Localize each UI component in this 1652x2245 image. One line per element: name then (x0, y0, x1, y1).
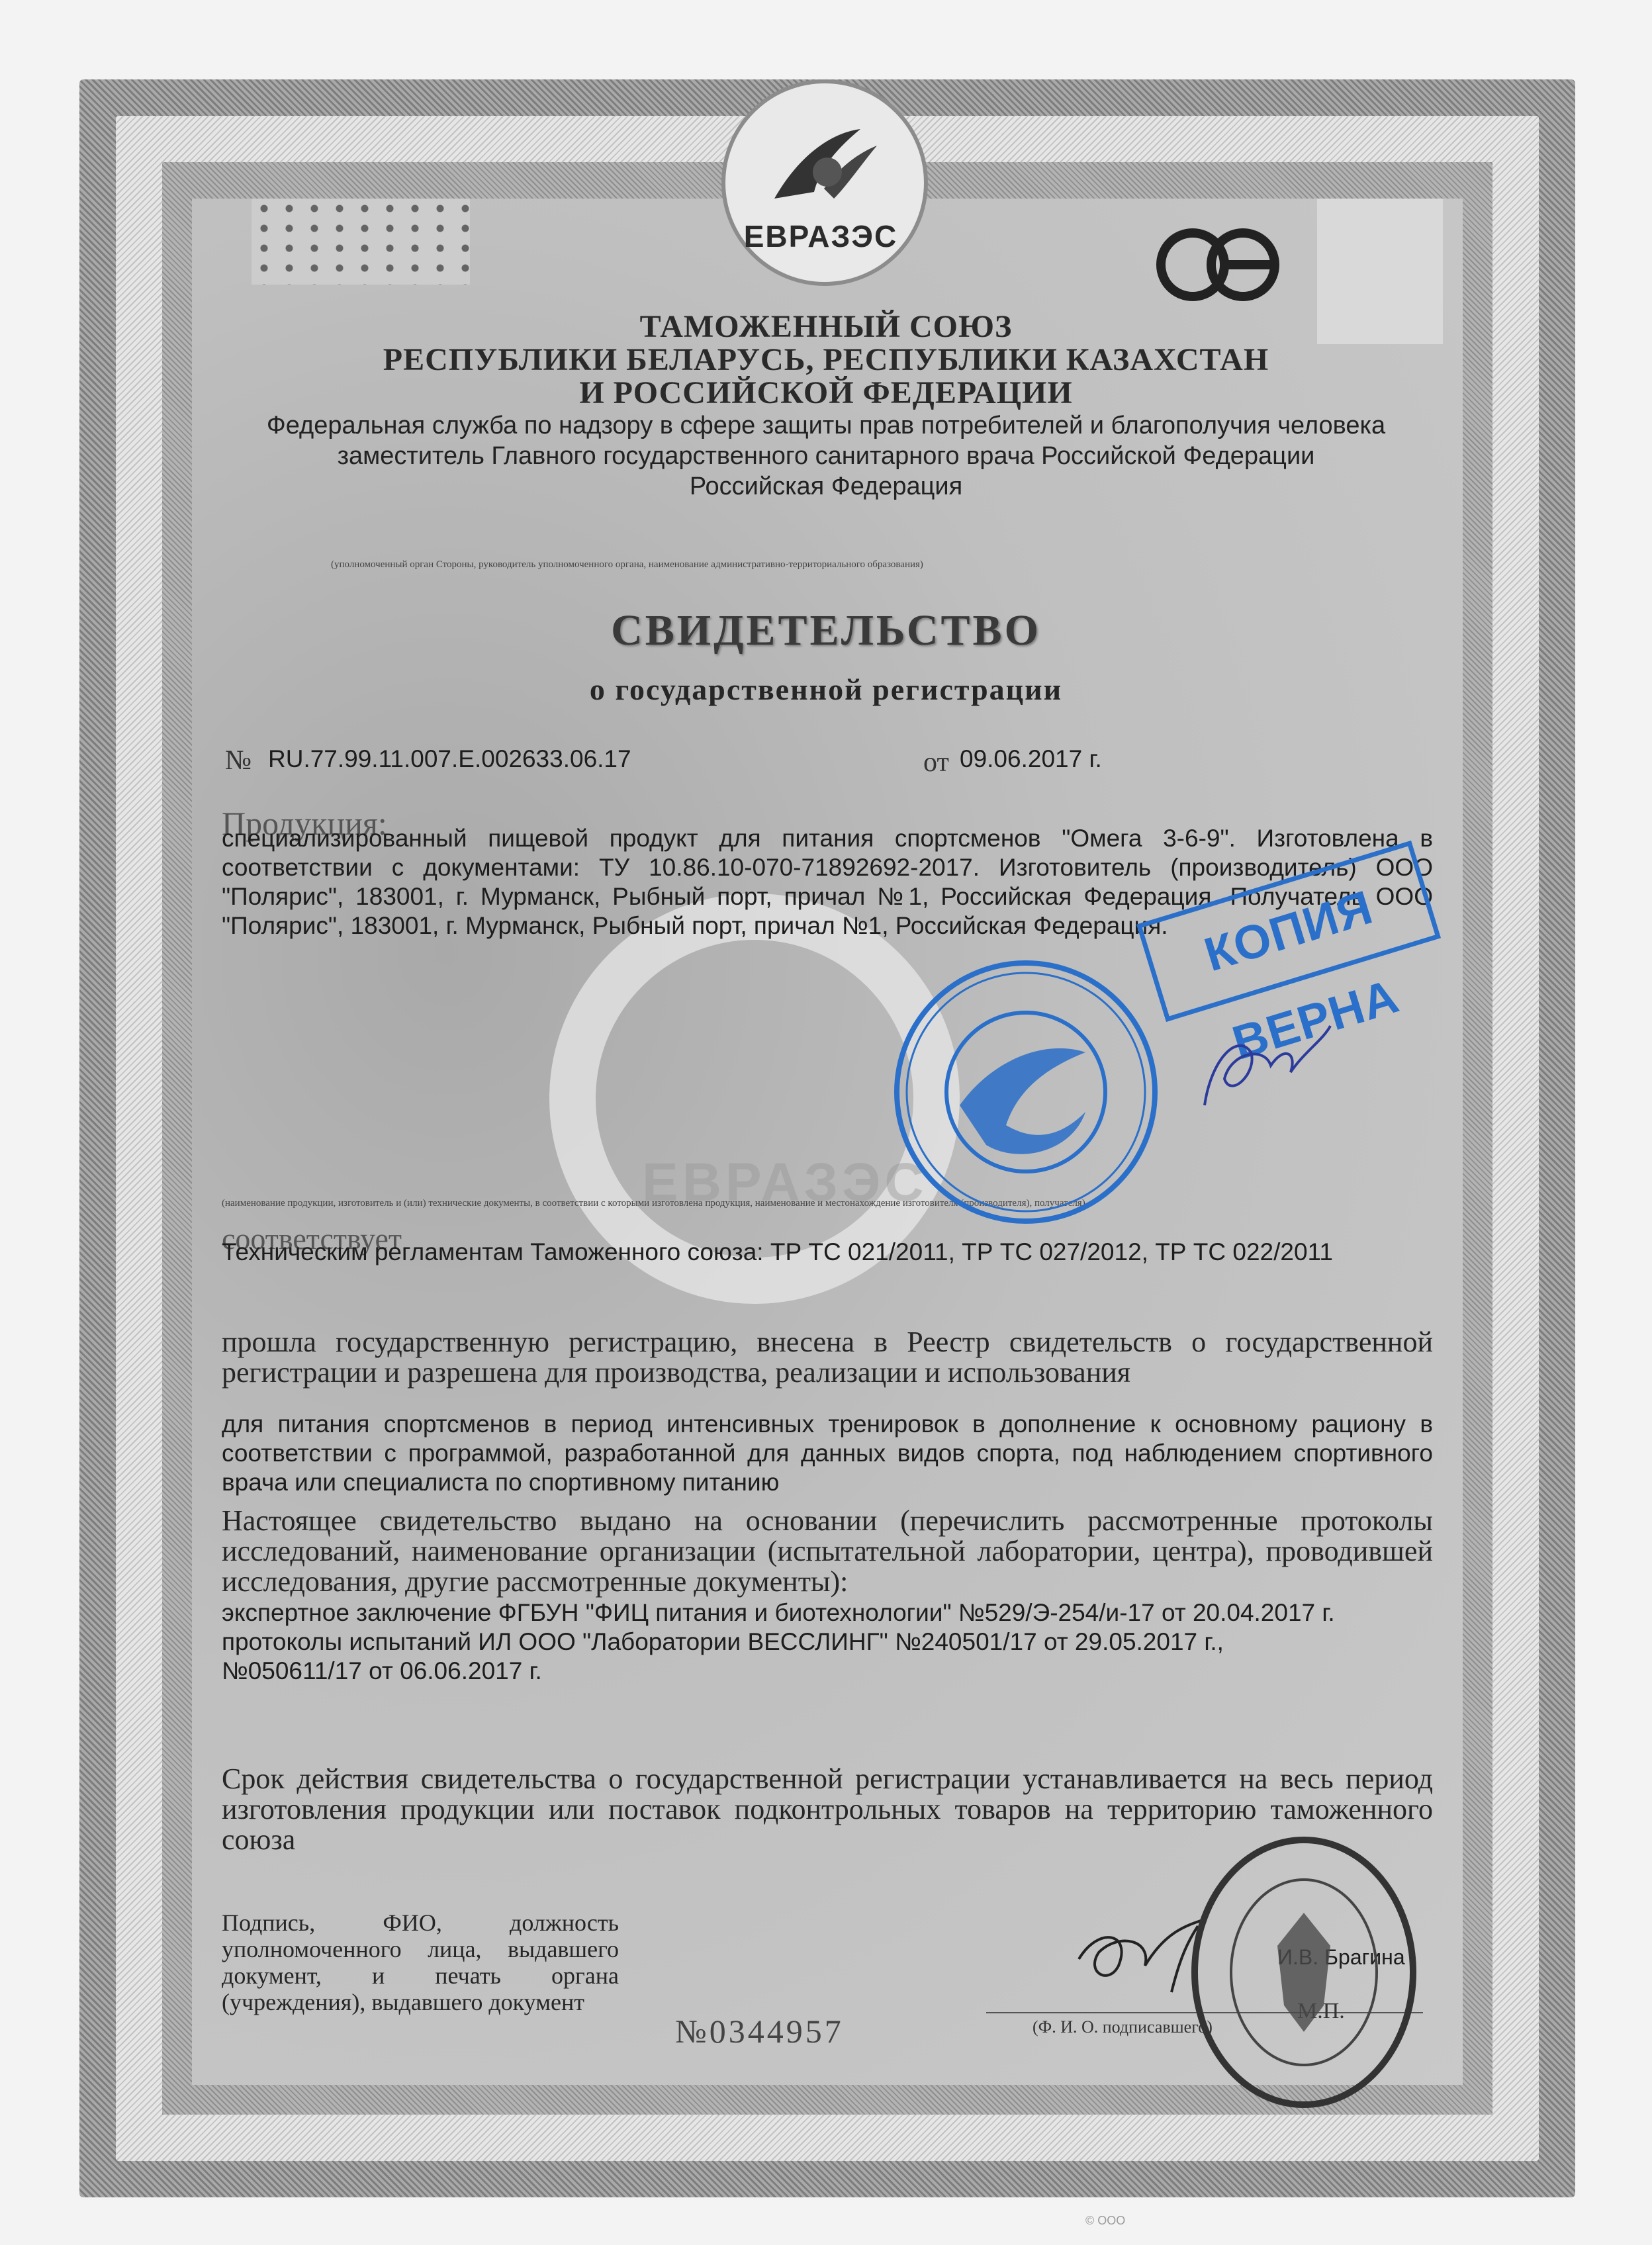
security-pattern (252, 199, 470, 285)
authority-line-2: заместитель Главного государственного са… (0, 441, 1652, 471)
certificate-subtitle: о государственной регистрации (0, 672, 1652, 707)
registration-number: RU.77.99.11.007.Е.002633.06.17 (268, 745, 631, 774)
emblem-label: ЕВРАЗЭС (721, 218, 920, 254)
usage-scope: для питания спортсменов в период интенси… (222, 1410, 1433, 1497)
union-line-3: И РОССИЙСКОЙ ФЕДЕРАЦИИ (0, 377, 1652, 409)
authority-line-3: Российская Федерация (0, 471, 1652, 502)
basis-document-3: №050611/17 от 06.06.2017 г. (222, 1657, 542, 1686)
company-seal-icon (887, 953, 1165, 1231)
official-seal-icon (1185, 1833, 1423, 2111)
signature-label: Подпись, ФИО, должность уполномоченного … (222, 1909, 619, 2015)
union-line-1: ТАМОЖЕННЫЙ СОЮЗ (0, 311, 1652, 343)
form-number: №0344957 (675, 2012, 844, 2050)
date-label: от (923, 747, 949, 778)
union-line-2: РЕСПУБЛИКИ БЕЛАРУСЬ, РЕСПУБЛИКИ КАЗАХСТА… (0, 344, 1652, 376)
number-label: № (225, 745, 252, 776)
certificate-title: СВИДЕТЕЛЬСТВО (0, 606, 1652, 656)
basis-statement: Настоящее свидетельство выдано на основа… (222, 1506, 1433, 1597)
emblem-swoosh-icon (761, 126, 880, 205)
basis-document-1: экспертное заключение ФГБУН "ФИЦ питания… (222, 1598, 1335, 1627)
conformity-regulations: Техническим регламентам Таможенного союз… (222, 1238, 1333, 1267)
authority-caption: (уполномоченный орган Стороны, руководит… (331, 559, 923, 571)
eac-se-mark-icon (1152, 225, 1284, 304)
authority-line-1: Федеральная служба по надзору в сфере за… (0, 410, 1652, 441)
signature-blue-icon (1191, 1019, 1337, 1125)
printer-imprint: © ООО (1085, 2214, 1125, 2228)
basis-document-2: протоколы испытаний ИЛ ООО "Лаборатории … (222, 1627, 1224, 1657)
registration-statement: прошла государственную регистрацию, внес… (222, 1327, 1433, 1388)
registration-date: 09.06.2017 г. (960, 745, 1102, 774)
